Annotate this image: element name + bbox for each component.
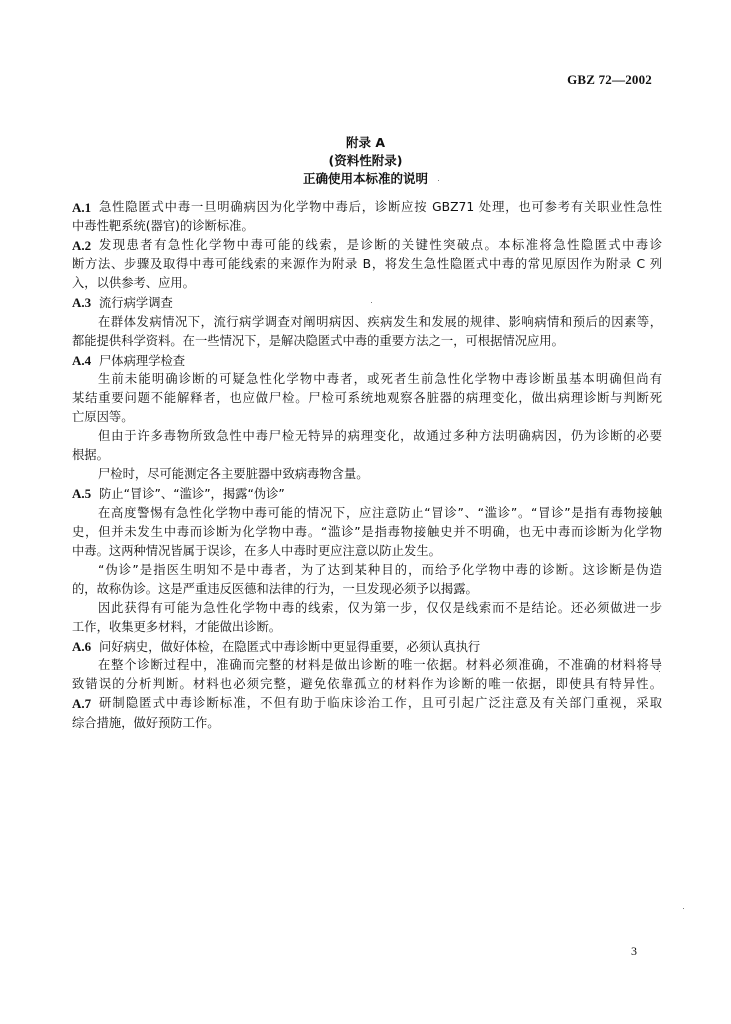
- line-text: 因此获得有可能为急性化学物中毒的线索，仅为第一步，仅仅是线索而不是结论。还必须做…: [98, 599, 662, 618]
- section-number: A.5: [72, 484, 99, 503]
- body-text-line: 但由于许多毒物所致急性中毒尸检无特异的病理变化，故通过多种方法明确病因，仍为诊断…: [72, 427, 662, 446]
- line-text: 都能提供科学资料。在一些情况下，是解决隐匿式中毒的重要方法之一，可根据情况应用。: [72, 334, 564, 348]
- section-number: A.1: [72, 198, 99, 217]
- body-text-line: 入，以供参考、应用。: [72, 274, 662, 293]
- scan-speck: [659, 671, 660, 672]
- line-text: 但由于许多毒物所致急性中毒尸检无特异的病理变化，故通过多种方法明确病因，仍为诊断…: [98, 427, 662, 446]
- line-text: 断方法、步骤及取得中毒可能线索的来源作为附录 B，将发生急性隐匿式中毒的常见原因…: [72, 255, 662, 274]
- line-text: 急性隐匿式中毒一旦明确病因为化学物中毒后，诊断应按 GBZ71 处理，也可参考有…: [99, 198, 662, 217]
- body-text-line: 尸检时，尽可能测定各主要脏器中致病毒物含量。: [72, 465, 662, 484]
- line-text: 史，但并未发生中毒而诊断为化学物中毒。“滥诊”是指毒物接触史并不明确，也无中毒而…: [72, 523, 662, 542]
- body-text-line: 断方法、步骤及取得中毒可能线索的来源作为附录 B，将发生急性隐匿式中毒的常见原因…: [72, 255, 662, 274]
- line-text: 亡原因等。: [72, 410, 134, 424]
- body-text-line: 工作，收集更多材料，才能做出诊断。: [72, 618, 662, 637]
- annex-title: 正确使用本标准的说明: [0, 170, 731, 188]
- line-text: 根据。: [72, 448, 109, 462]
- line-text: 尸检时，尽可能测定各主要脏器中致病毒物含量。: [98, 467, 369, 481]
- line-text: 入，以供参考、应用。: [72, 276, 195, 290]
- body-text-line: 综合措施，做好预防工作。: [72, 714, 662, 733]
- body-text-line: 中毒。这两种情况皆属于误诊，在多人中毒时更应注意以防止发生。: [72, 542, 662, 561]
- body-text-line: 的，故称伪诊。这是严重违反医德和法律的行为，一旦发现必须予以揭露。: [72, 580, 662, 599]
- section-heading-line: A.1急性隐匿式中毒一旦明确病因为化学物中毒后，诊断应按 GBZ71 处理，也可…: [72, 198, 662, 217]
- line-text: 中毒性靶系统(器官)的诊断标准。: [72, 219, 254, 233]
- body-text-line: 在整个诊断过程中，准确而完整的材料是做出诊断的唯一依据。材料必须准确，不准确的材…: [72, 656, 662, 675]
- document-body: A.1急性隐匿式中毒一旦明确病因为化学物中毒后，诊断应按 GBZ71 处理，也可…: [72, 198, 662, 733]
- line-text: 综合措施，做好预防工作。: [72, 716, 220, 730]
- section-heading-line: A.6问好病史，做好体检，在隐匿式中毒诊断中更显得重要，必须认真执行: [72, 637, 662, 656]
- line-text: 在群体发病情况下，流行病学调查对阐明病因、疾病发生和发展的规律、影响病情和预后的…: [98, 313, 662, 332]
- line-text: 的，故称伪诊。这是严重违反医德和法律的行为，一旦发现必须予以揭露。: [72, 582, 478, 596]
- document-page: GBZ 72—2002 附录 A (资料性附录) 正确使用本标准的说明 A.1急…: [0, 0, 731, 1024]
- body-text-line: 史，但并未发生中毒而诊断为化学物中毒。“滥诊”是指毒物接触史并不明确，也无中毒而…: [72, 523, 662, 542]
- section-number: A.7: [72, 694, 99, 713]
- line-text: “伪诊”是指医生明知不是中毒者，为了达到某种目的，而给予化学物中毒的诊断。这诊断…: [98, 561, 662, 580]
- line-text: 某结重要问题不能解释者，也应做尸检。尸检可系统地观察各脏器的病理变化，做出病理诊…: [72, 389, 662, 408]
- line-text: 问好病史，做好体检，在隐匿式中毒诊断中更显得重要，必须认真执行: [99, 640, 480, 654]
- line-text: 中毒。这两种情况皆属于误诊，在多人中毒时更应注意以防止发生。: [72, 544, 441, 558]
- line-text: 防止“冒诊”、“滥诊”，揭露“伪诊”: [99, 487, 285, 501]
- scan-speck: [683, 908, 684, 909]
- annex-type: (资料性附录): [0, 152, 731, 170]
- body-text-line: 致错误的分析判断。材料也必须完整，避免依靠孤立的材料作为诊断的唯一依据，即使具有…: [72, 675, 662, 694]
- section-heading-line: A.3流行病学调查: [72, 293, 662, 312]
- section-number: A.6: [72, 637, 99, 656]
- scan-speck: [438, 180, 439, 181]
- annex-label: 附录 A: [0, 134, 731, 152]
- line-text: 在整个诊断过程中，准确而完整的材料是做出诊断的唯一依据。材料必须准确，不准确的材…: [98, 656, 662, 675]
- standard-code: GBZ 72—2002: [567, 72, 652, 88]
- line-text: 致错误的分析判断。材料也必须完整，避免依靠孤立的材料作为诊断的唯一依据，即使具有…: [72, 675, 662, 694]
- body-text-line: 根据。: [72, 446, 662, 465]
- page-number: 3: [631, 944, 637, 959]
- line-text: 流行病学调查: [99, 296, 173, 310]
- line-text: 尸体病理学检查: [99, 354, 185, 368]
- line-text: 工作，收集更多材料，才能做出诊断。: [72, 620, 281, 634]
- body-text-line: 生前未能明确诊断的可疑急性化学物中毒者，或死者生前急性化学物中毒诊断虽基本明确但…: [72, 370, 662, 389]
- body-text-line: 因此获得有可能为急性化学物中毒的线索，仅为第一步，仅仅是线索而不是结论。还必须做…: [72, 599, 662, 618]
- scan-speck: [371, 302, 372, 303]
- body-text-line: 在群体发病情况下，流行病学调查对阐明病因、疾病发生和发展的规律、影响病情和预后的…: [72, 313, 662, 332]
- body-text-line: 在高度警惕有急性化学物中毒可能的情况下，应注意防止“冒诊”、“滥诊”。“冒诊”是…: [72, 504, 662, 523]
- section-number: A.3: [72, 293, 99, 312]
- body-text-line: “伪诊”是指医生明知不是中毒者，为了达到某种目的，而给予化学物中毒的诊断。这诊断…: [72, 561, 662, 580]
- section-number: A.2: [72, 236, 99, 255]
- body-text-line: 亡原因等。: [72, 408, 662, 427]
- line-text: 生前未能明确诊断的可疑急性化学物中毒者，或死者生前急性化学物中毒诊断虽基本明确但…: [98, 370, 662, 389]
- section-number: A.4: [72, 351, 99, 370]
- annex-titles: 附录 A (资料性附录) 正确使用本标准的说明: [0, 134, 731, 188]
- line-text: 研制隐匿式中毒诊断标准，不但有助于临床诊治工作，且可引起广泛注意及有关部门重视，…: [99, 694, 662, 713]
- line-text: 在高度警惕有急性化学物中毒可能的情况下，应注意防止“冒诊”、“滥诊”。“冒诊”是…: [98, 504, 662, 523]
- body-text-line: 中毒性靶系统(器官)的诊断标准。: [72, 217, 662, 236]
- section-heading-line: A.4尸体病理学检查: [72, 351, 662, 370]
- section-heading-line: A.2发现患者有急性化学物中毒可能的线索，是诊断的关键性突破点。本标准将急性隐匿…: [72, 236, 662, 255]
- body-text-line: 某结重要问题不能解释者，也应做尸检。尸检可系统地观察各脏器的病理变化，做出病理诊…: [72, 389, 662, 408]
- body-text-line: 都能提供科学资料。在一些情况下，是解决隐匿式中毒的重要方法之一，可根据情况应用。: [72, 332, 662, 351]
- line-text: 发现患者有急性化学物中毒可能的线索，是诊断的关键性突破点。本标准将急性隐匿式中毒…: [99, 236, 662, 255]
- section-heading-line: A.5防止“冒诊”、“滥诊”，揭露“伪诊”: [72, 484, 662, 503]
- section-heading-line: A.7研制隐匿式中毒诊断标准，不但有助于临床诊治工作，且可引起广泛注意及有关部门…: [72, 694, 662, 713]
